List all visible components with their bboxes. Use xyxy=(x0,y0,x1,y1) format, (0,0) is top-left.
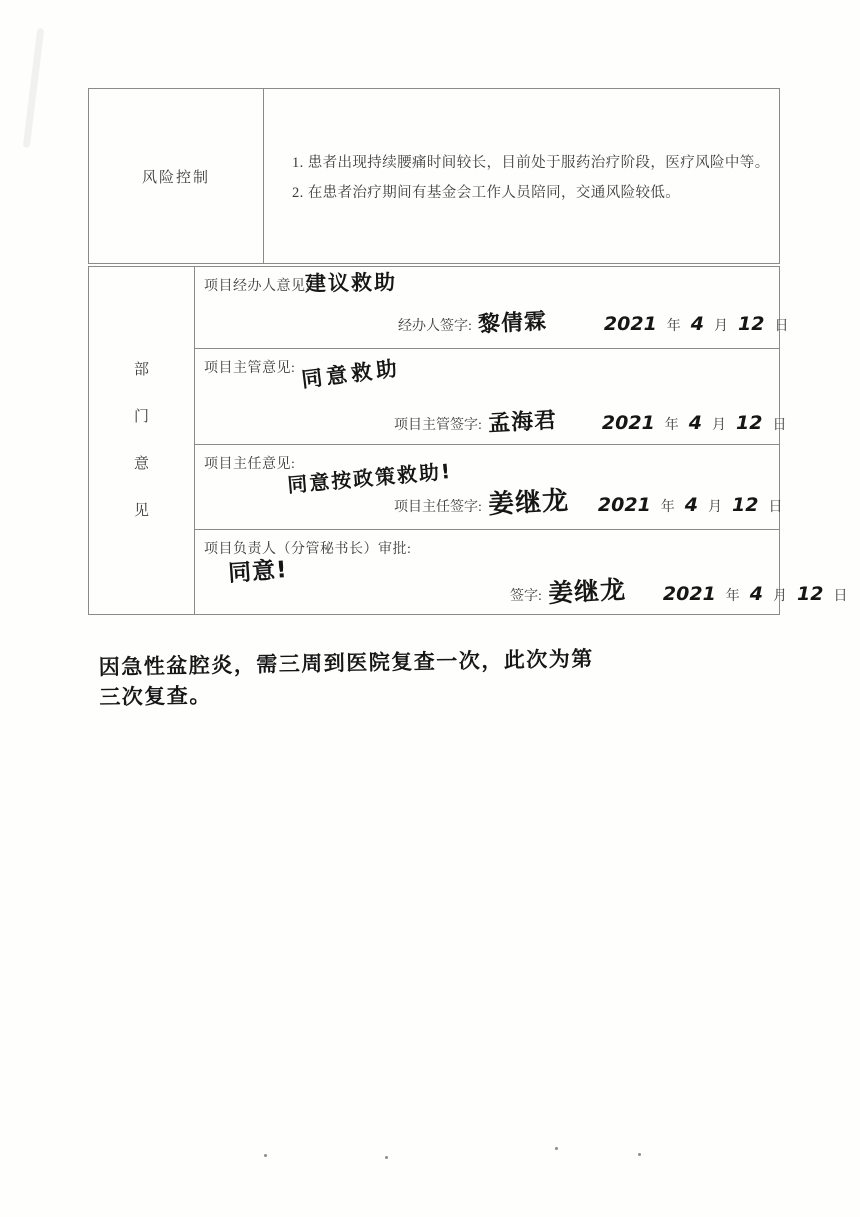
department-opinions-label: 部 门 意 见 xyxy=(134,347,149,535)
sign-label: 签字: xyxy=(510,585,542,605)
handwritten-signature: 姜继龙 xyxy=(487,480,570,521)
date-day-value: 12 xyxy=(731,412,767,434)
date-year-value: 2021 xyxy=(599,313,662,335)
date-year-value: 2021 xyxy=(597,412,660,434)
handwritten-footnote: 因急性盆腔炎，需三周到医院复查一次，此次为第三次复查。 xyxy=(99,643,600,712)
risk-control-label: 风险控制 xyxy=(142,166,210,187)
sign-label: 经办人签字: xyxy=(398,315,472,335)
risk-item-2: 2. 在患者治疗期间有基金会工作人员陪同，交通风险较低。 xyxy=(292,181,779,202)
date-day-value: 12 xyxy=(727,494,763,516)
date-day-value: 12 xyxy=(792,583,828,605)
date-month-value: 4 xyxy=(684,412,707,434)
signature-line: 经办人签字: 黎倩霖 2021 年 4 月 12 日 xyxy=(398,306,793,337)
risk-control-content-cell: 1. 患者出现持续腰痛时间较长，目前处于服药治疗阶段，医疗风险中等。 2. 在患… xyxy=(264,89,779,263)
department-opinions-rows: 项目经办人意见: 建议救助 经办人签字: 黎倩霖 2021 年 4 月 12 日 xyxy=(195,267,779,614)
opinion-row-supervisor: 项目主管意见: 同意救助 项目主管签字: 孟海君 2021 年 4 月 12 日 xyxy=(195,349,779,445)
department-opinions-header-cell: 部 门 意 见 xyxy=(89,267,195,614)
handwritten-date: 2021 年 4 月 12 日 xyxy=(599,313,794,335)
date-day-suffix: 日 xyxy=(767,414,791,434)
date-day-value: 12 xyxy=(733,313,769,335)
opinion-row-handler: 项目经办人意见: 建议救助 经办人签字: 黎倩霖 2021 年 4 月 12 日 xyxy=(195,267,779,349)
date-day-suffix: 日 xyxy=(828,585,852,605)
signature-line: 签字: 姜继龙 2021 年 4 月 12 日 xyxy=(510,572,852,608)
scan-artifact-smudge xyxy=(23,28,45,148)
handwritten-date: 2021 年 4 月 12 日 xyxy=(658,583,853,605)
date-month-value: 4 xyxy=(680,494,703,516)
date-year-suffix: 年 xyxy=(656,496,680,516)
opinion-label: 项目经办人意见: xyxy=(204,275,310,295)
handwritten-date: 2021 年 4 月 12 日 xyxy=(593,494,788,516)
department-opinions-section: 部 门 意 见 项目经办人意见: 建议救助 经办人签字: 黎倩霖 2021 年 … xyxy=(88,266,780,615)
handwritten-opinion: 同意! xyxy=(227,551,289,588)
date-month-value: 4 xyxy=(745,583,768,605)
date-year-value: 2021 xyxy=(593,494,656,516)
date-month-suffix: 月 xyxy=(707,414,731,434)
date-day-suffix: 日 xyxy=(769,315,793,335)
date-month-value: 4 xyxy=(686,313,709,335)
date-year-suffix: 年 xyxy=(721,585,745,605)
scan-artifact-dot xyxy=(555,1147,558,1150)
risk-control-section: 风险控制 1. 患者出现持续腰痛时间较长，目前处于服药治疗阶段，医疗风险中等。 … xyxy=(88,88,780,264)
scan-artifact-dot xyxy=(264,1154,267,1157)
signature-line: 项目主管签字: 孟海君 2021 年 4 月 12 日 xyxy=(394,405,791,436)
signature-line: 项目主任签字: 姜继龙 2021 年 4 月 12 日 xyxy=(394,482,787,519)
risk-control-header-cell: 风险控制 xyxy=(89,89,264,263)
opinion-row-director: 项目主任意见: 同意按政策救助! 项目主任签字: 姜继龙 2021 年 4 月 … xyxy=(195,445,779,530)
scan-artifact-dot xyxy=(638,1153,641,1156)
opinion-label: 项目主管意见: xyxy=(204,357,295,377)
date-month-suffix: 月 xyxy=(709,315,733,335)
handwritten-date: 2021 年 4 月 12 日 xyxy=(597,412,792,434)
opinion-label: 项目主任意见: xyxy=(204,453,295,473)
scanned-form-page: 风险控制 1. 患者出现持续腰痛时间较长，目前处于服药治疗阶段，医疗风险中等。 … xyxy=(0,0,860,1217)
sign-label: 项目主管签字: xyxy=(394,414,482,434)
handwritten-signature: 黎倩霖 xyxy=(477,304,548,339)
date-month-suffix: 月 xyxy=(703,496,727,516)
date-year-value: 2021 xyxy=(658,583,721,605)
date-year-suffix: 年 xyxy=(660,414,684,434)
handwritten-opinion: 同意救助 xyxy=(300,352,403,394)
handwritten-signature: 孟海君 xyxy=(487,403,558,438)
date-day-suffix: 日 xyxy=(763,496,787,516)
handwritten-signature: 姜继龙 xyxy=(547,570,627,610)
date-month-suffix: 月 xyxy=(768,585,792,605)
date-year-suffix: 年 xyxy=(662,315,686,335)
sign-label: 项目主任签字: xyxy=(394,496,482,516)
scan-artifact-dot xyxy=(385,1156,388,1159)
opinion-row-leader-approval: 项目负责人（分管秘书长）审批: 同意! 签字: 姜继龙 2021 年 4 月 1… xyxy=(195,530,779,614)
risk-item-1: 1. 患者出现持续腰痛时间较长，目前处于服药治疗阶段，医疗风险中等。 xyxy=(292,151,779,172)
handwritten-opinion: 建议救助 xyxy=(305,266,398,298)
